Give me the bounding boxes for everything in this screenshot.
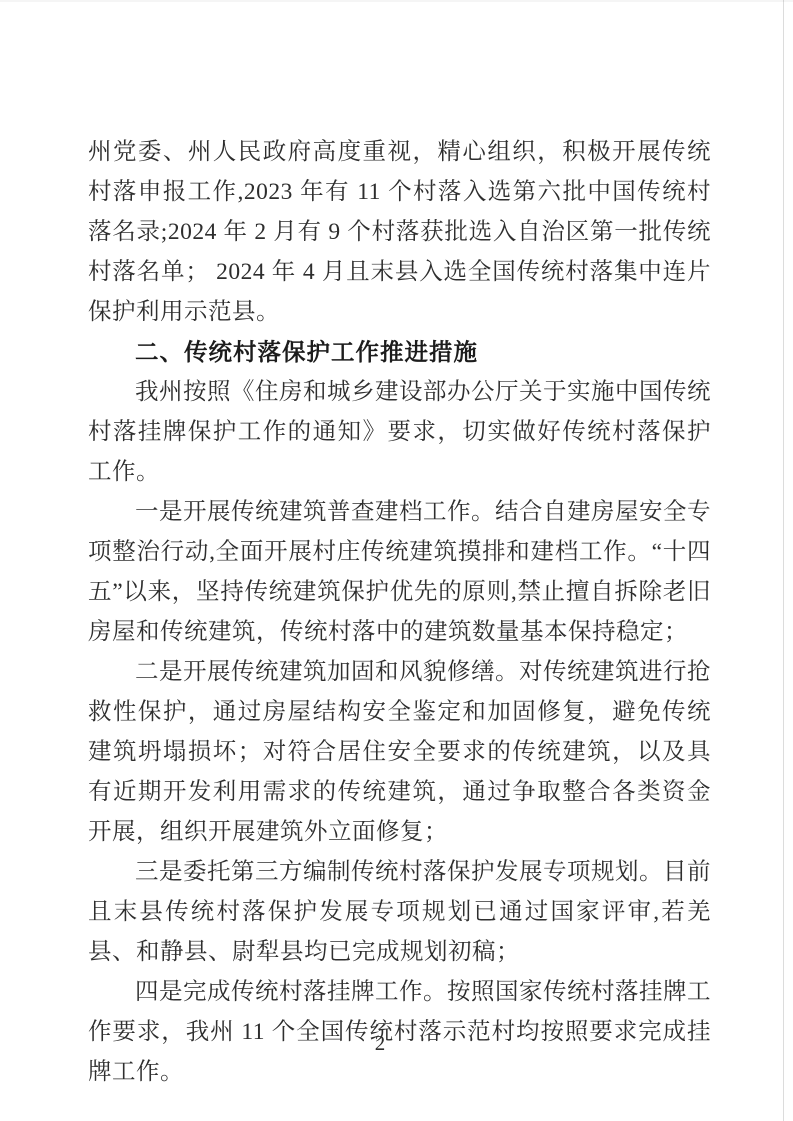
scan-edge-top-line [0, 0, 793, 2]
paragraph-intro: 我州按照《住房和城乡建设部办公厅关于实施中国传统村落挂牌保护工作的通知》要求，切… [88, 372, 711, 492]
paragraph-continuation: 州党委、州人民政府高度重视，精心组织，积极开展传统村落申报工作,2023 年有 … [88, 132, 711, 332]
document-page: 州党委、州人民政府高度重视，精心组织，积极开展传统村落申报工作,2023 年有 … [0, 0, 793, 1121]
paragraph-measure-2: 二是开展传统建筑加固和风貌修缮。对传统建筑进行抢救性保护，通过房屋结构安全鉴定和… [88, 652, 711, 852]
paragraph-measure-1: 一是开展传统建筑普查建档工作。结合自建房屋安全专项整治行动,全面开展村庄传统建筑… [88, 492, 711, 652]
page-number: 2 [340, 1030, 420, 1056]
document-content: 州党委、州人民政府高度重视，精心组织，积极开展传统村落申报工作,2023 年有 … [88, 132, 711, 1092]
paragraph-measure-3: 三是委托第三方编制传统村落保护发展专项规划。目前且末县传统村落保护发展专项规划已… [88, 852, 711, 972]
scan-edge-right-line [783, 0, 784, 1121]
section-heading: 二、传统村落保护工作推进措施 [88, 332, 711, 372]
